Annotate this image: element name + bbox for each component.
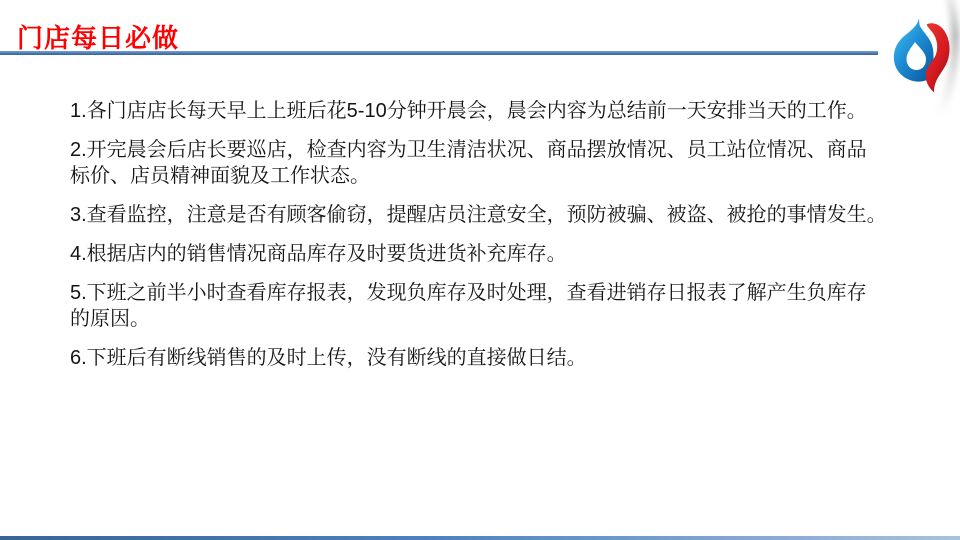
body-line: 标价、店员精神面貌及工作状态。 [70,163,930,189]
body-line: 2.开完晨会后店长要巡店，检查内容为卫生清洁状况、商品摆放情况、员工站位情况、商… [70,137,930,163]
body-text: 1.各门店店长每天早上上班后花5-10分钟开晨会，晨会内容为总结前一天安排当天的… [70,98,930,384]
bottom-divider [0,536,960,540]
body-line: 3.查看监控，注意是否有顾客偷窃，提醒店员注意安全，预防被骗、被盗、被抢的事情发… [70,202,930,228]
body-line: 1.各门店店长每天早上上班后花5-10分钟开晨会，晨会内容为总结前一天安排当天的… [70,98,930,124]
title-divider [0,51,878,55]
body-line: 6.下班后有断线销售的及时上传，没有断线的直接做日结。 [70,345,930,371]
body-line: 4.根据店内的销售情况商品库存及时要货进货补充库存。 [70,241,930,267]
body-paragraph: 2.开完晨会后店长要巡店，检查内容为卫生清洁状况、商品摆放情况、员工站位情况、商… [70,137,930,189]
body-line: 的原因。 [70,306,930,332]
body-paragraph: 4.根据店内的销售情况商品库存及时要货进货补充库存。 [70,241,930,267]
body-paragraph: 5.下班之前半小时查看库存报表，发现负库存及时处理，查看进销存日报表了解产生负库… [70,280,930,332]
body-paragraph: 1.各门店店长每天早上上班后花5-10分钟开晨会，晨会内容为总结前一天安排当天的… [70,98,930,124]
body-paragraph: 6.下班后有断线销售的及时上传，没有断线的直接做日结。 [70,345,930,371]
page-title: 门店每日必做 [17,18,179,55]
body-paragraph: 3.查看监控，注意是否有顾客偷窃，提醒店员注意安全，预防被骗、被盗、被抢的事情发… [70,202,930,228]
body-line: 5.下班之前半小时查看库存报表，发现负库存及时处理，查看进销存日报表了解产生负库… [70,280,930,306]
slide-root: 门店每日必做 [0,0,960,540]
